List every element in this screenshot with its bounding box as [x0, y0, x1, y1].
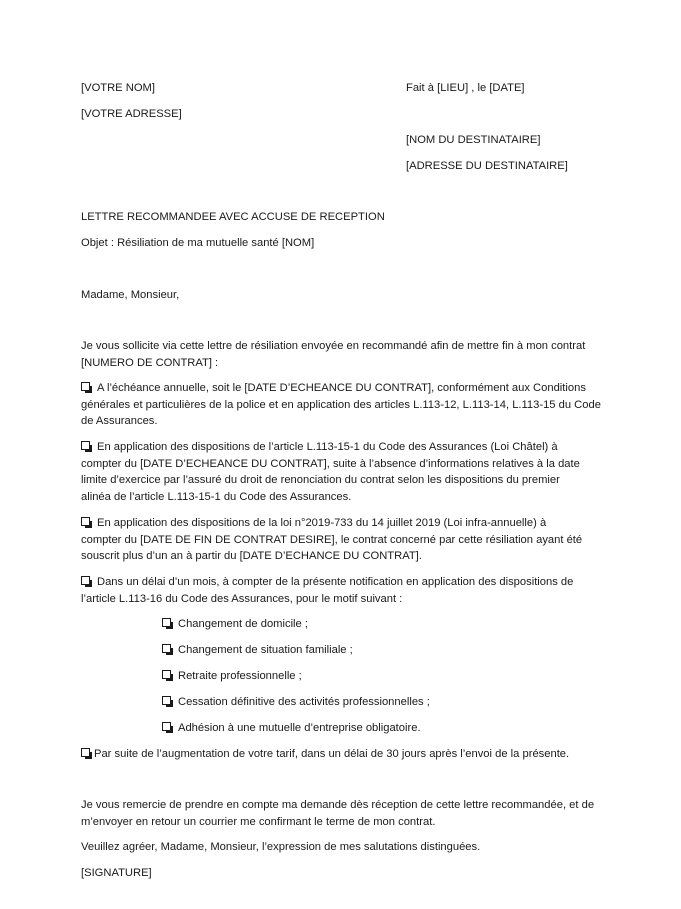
motive-item: Changement de domicile ;: [162, 616, 308, 632]
checkbox-icon[interactable]: [81, 576, 90, 585]
checkbox-icon[interactable]: [81, 748, 90, 757]
option-annual: A l’échéance annuelle, soit le [DATE D’E…: [81, 380, 601, 430]
regards-line: Veuillez agréer, Madame, Monsieur, l’exp…: [81, 839, 480, 855]
checkbox-icon[interactable]: [81, 382, 90, 391]
option-chatel: En application des dispositions de l’art…: [81, 439, 591, 505]
option-tariff: Par suite de l’augmentation de votre tar…: [81, 746, 601, 763]
recipient-name: [NOM DU DESTINATAIRE]: [406, 132, 540, 148]
recipient-address: [ADRESSE DU DESTINATAIRE]: [406, 158, 568, 174]
mail-type: LETTRE RECOMMANDEE AVEC ACCUSE DE RECEPT…: [81, 209, 385, 225]
option-one-month: Dans un délai d’un mois, à compter de la…: [81, 574, 601, 607]
checkbox-icon[interactable]: [81, 441, 90, 450]
subject-line: Objet : Résiliation de ma mutuelle santé…: [81, 235, 314, 251]
checkbox-icon[interactable]: [162, 670, 171, 679]
checkbox-icon[interactable]: [162, 696, 171, 705]
motive-item: Cessation définitive des activités profe…: [162, 694, 430, 710]
motive-item: Adhésion à une mutuelle d’entreprise obl…: [162, 720, 421, 736]
place-date: Fait à [LIEU] , le [DATE]: [406, 80, 525, 96]
checkbox-icon[interactable]: [162, 618, 171, 627]
salutation: Madame, Monsieur,: [81, 287, 179, 303]
motive-item: Changement de situation familiale ;: [162, 642, 353, 658]
option-infra-annual: En application des dispositions de la lo…: [81, 515, 586, 565]
closing-paragraph: Je vous remercie de prendre en compte ma…: [81, 797, 606, 830]
signature-placeholder: [SIGNATURE]: [81, 865, 152, 881]
sender-address: [VOTRE ADRESSE]: [81, 106, 182, 122]
intro-paragraph: Je vous sollicite via cette lettre de ré…: [81, 338, 586, 371]
sender-name: [VOTRE NOM]: [81, 80, 155, 96]
checkbox-icon[interactable]: [162, 722, 171, 731]
motive-item: Retraite professionnelle ;: [162, 668, 302, 684]
checkbox-icon[interactable]: [81, 517, 90, 526]
checkbox-icon[interactable]: [162, 644, 171, 653]
